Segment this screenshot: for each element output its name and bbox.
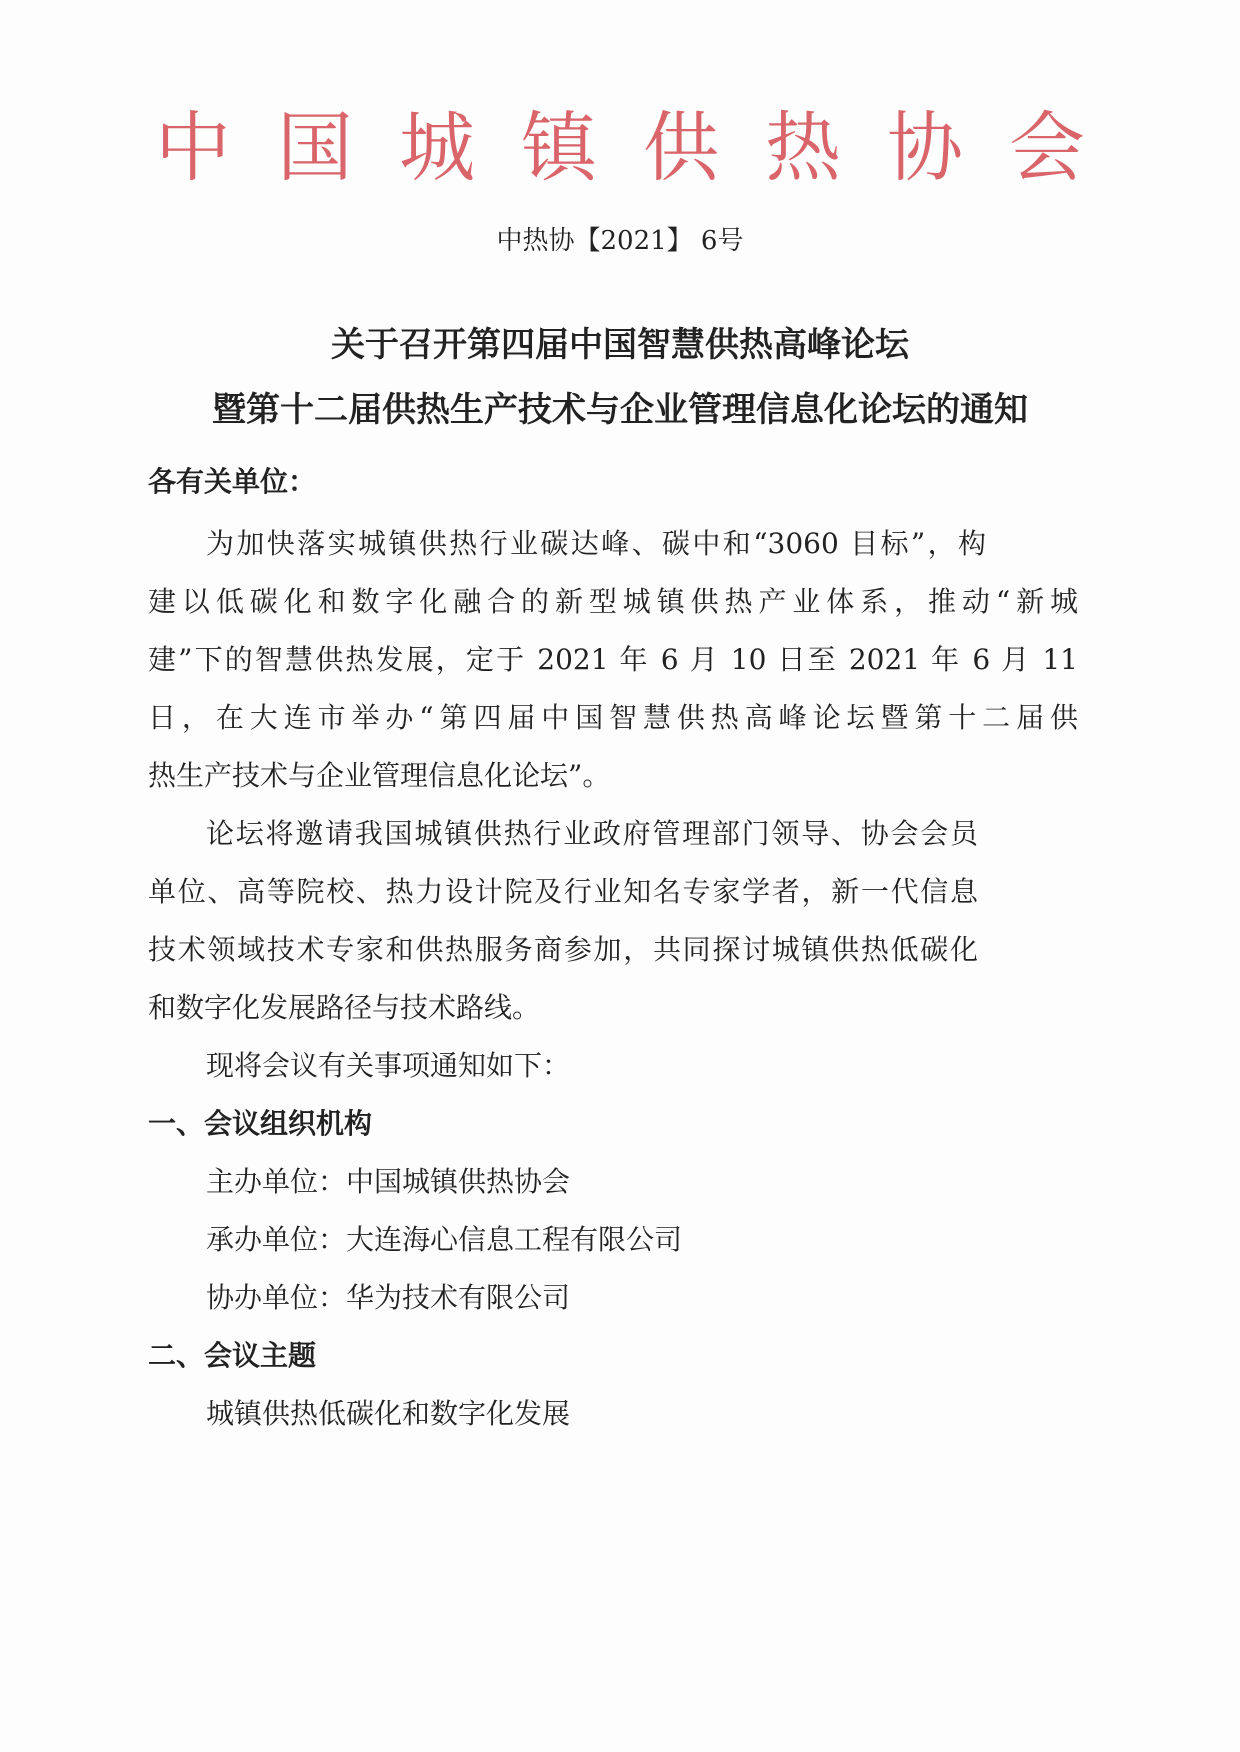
- paragraph-2-line: 和数字化发展路径与技术路线。: [148, 994, 540, 1022]
- section-1-item-host: 主办单位：中国城镇供热协会: [206, 1168, 570, 1196]
- paragraph-1-line: 建以低碳化和数字化融合的新型城镇供热产业体系，推动“新城: [148, 588, 1078, 616]
- document-title-line-2: 暨第十二届供热生产技术与企业管理信息化论坛的通知: [0, 393, 1240, 427]
- paragraph-2-line: 技术领域技术专家和供热服务商参加，共同探讨城镇供热低碳化: [148, 936, 978, 964]
- document-page: 中国城镇供热协会 中热协【2021】 6号 关于召开第四届中国智慧供热高峰论坛 …: [0, 0, 1240, 1752]
- section-1-item-co-organizer: 协办单位：华为技术有限公司: [206, 1284, 570, 1312]
- paragraph-3: 现将会议有关事项通知如下：: [206, 1052, 570, 1080]
- paragraph-1-line: 日，在大连市举办“第四届中国智慧供热高峰论坛暨第十二届供: [148, 704, 1078, 732]
- section-2-item-theme: 城镇供热低碳化和数字化发展: [206, 1400, 570, 1428]
- salutation: 各有关单位：: [148, 468, 316, 496]
- paragraph-1-line: 为加快落实城镇供热行业碳达峰、碳中和“3060 目标”，构: [206, 530, 986, 558]
- paragraph-1-line: 建”下的智慧供热发展，定于 2021 年 6 月 10 日至 2021 年 6 …: [148, 646, 1078, 674]
- document-number: 中热协【2021】 6号: [0, 228, 1240, 254]
- paragraph-2-line: 单位、高等院校、热力设计院及行业知名专家学者，新一代信息: [148, 878, 978, 906]
- section-2-heading: 二、会议主题: [148, 1342, 316, 1370]
- document-title-line-1: 关于召开第四届中国智慧供热高峰论坛: [0, 328, 1240, 362]
- section-1-heading: 一、会议组织机构: [148, 1110, 372, 1138]
- paragraph-2-line: 论坛将邀请我国城镇供热行业政府管理部门领导、协会会员: [206, 820, 978, 848]
- paragraph-1-line: 热生产技术与企业管理信息化论坛”。: [148, 762, 610, 790]
- organization-header: 中国城镇供热协会: [0, 110, 1240, 186]
- section-1-item-organizer: 承办单位：大连海心信息工程有限公司: [206, 1226, 682, 1254]
